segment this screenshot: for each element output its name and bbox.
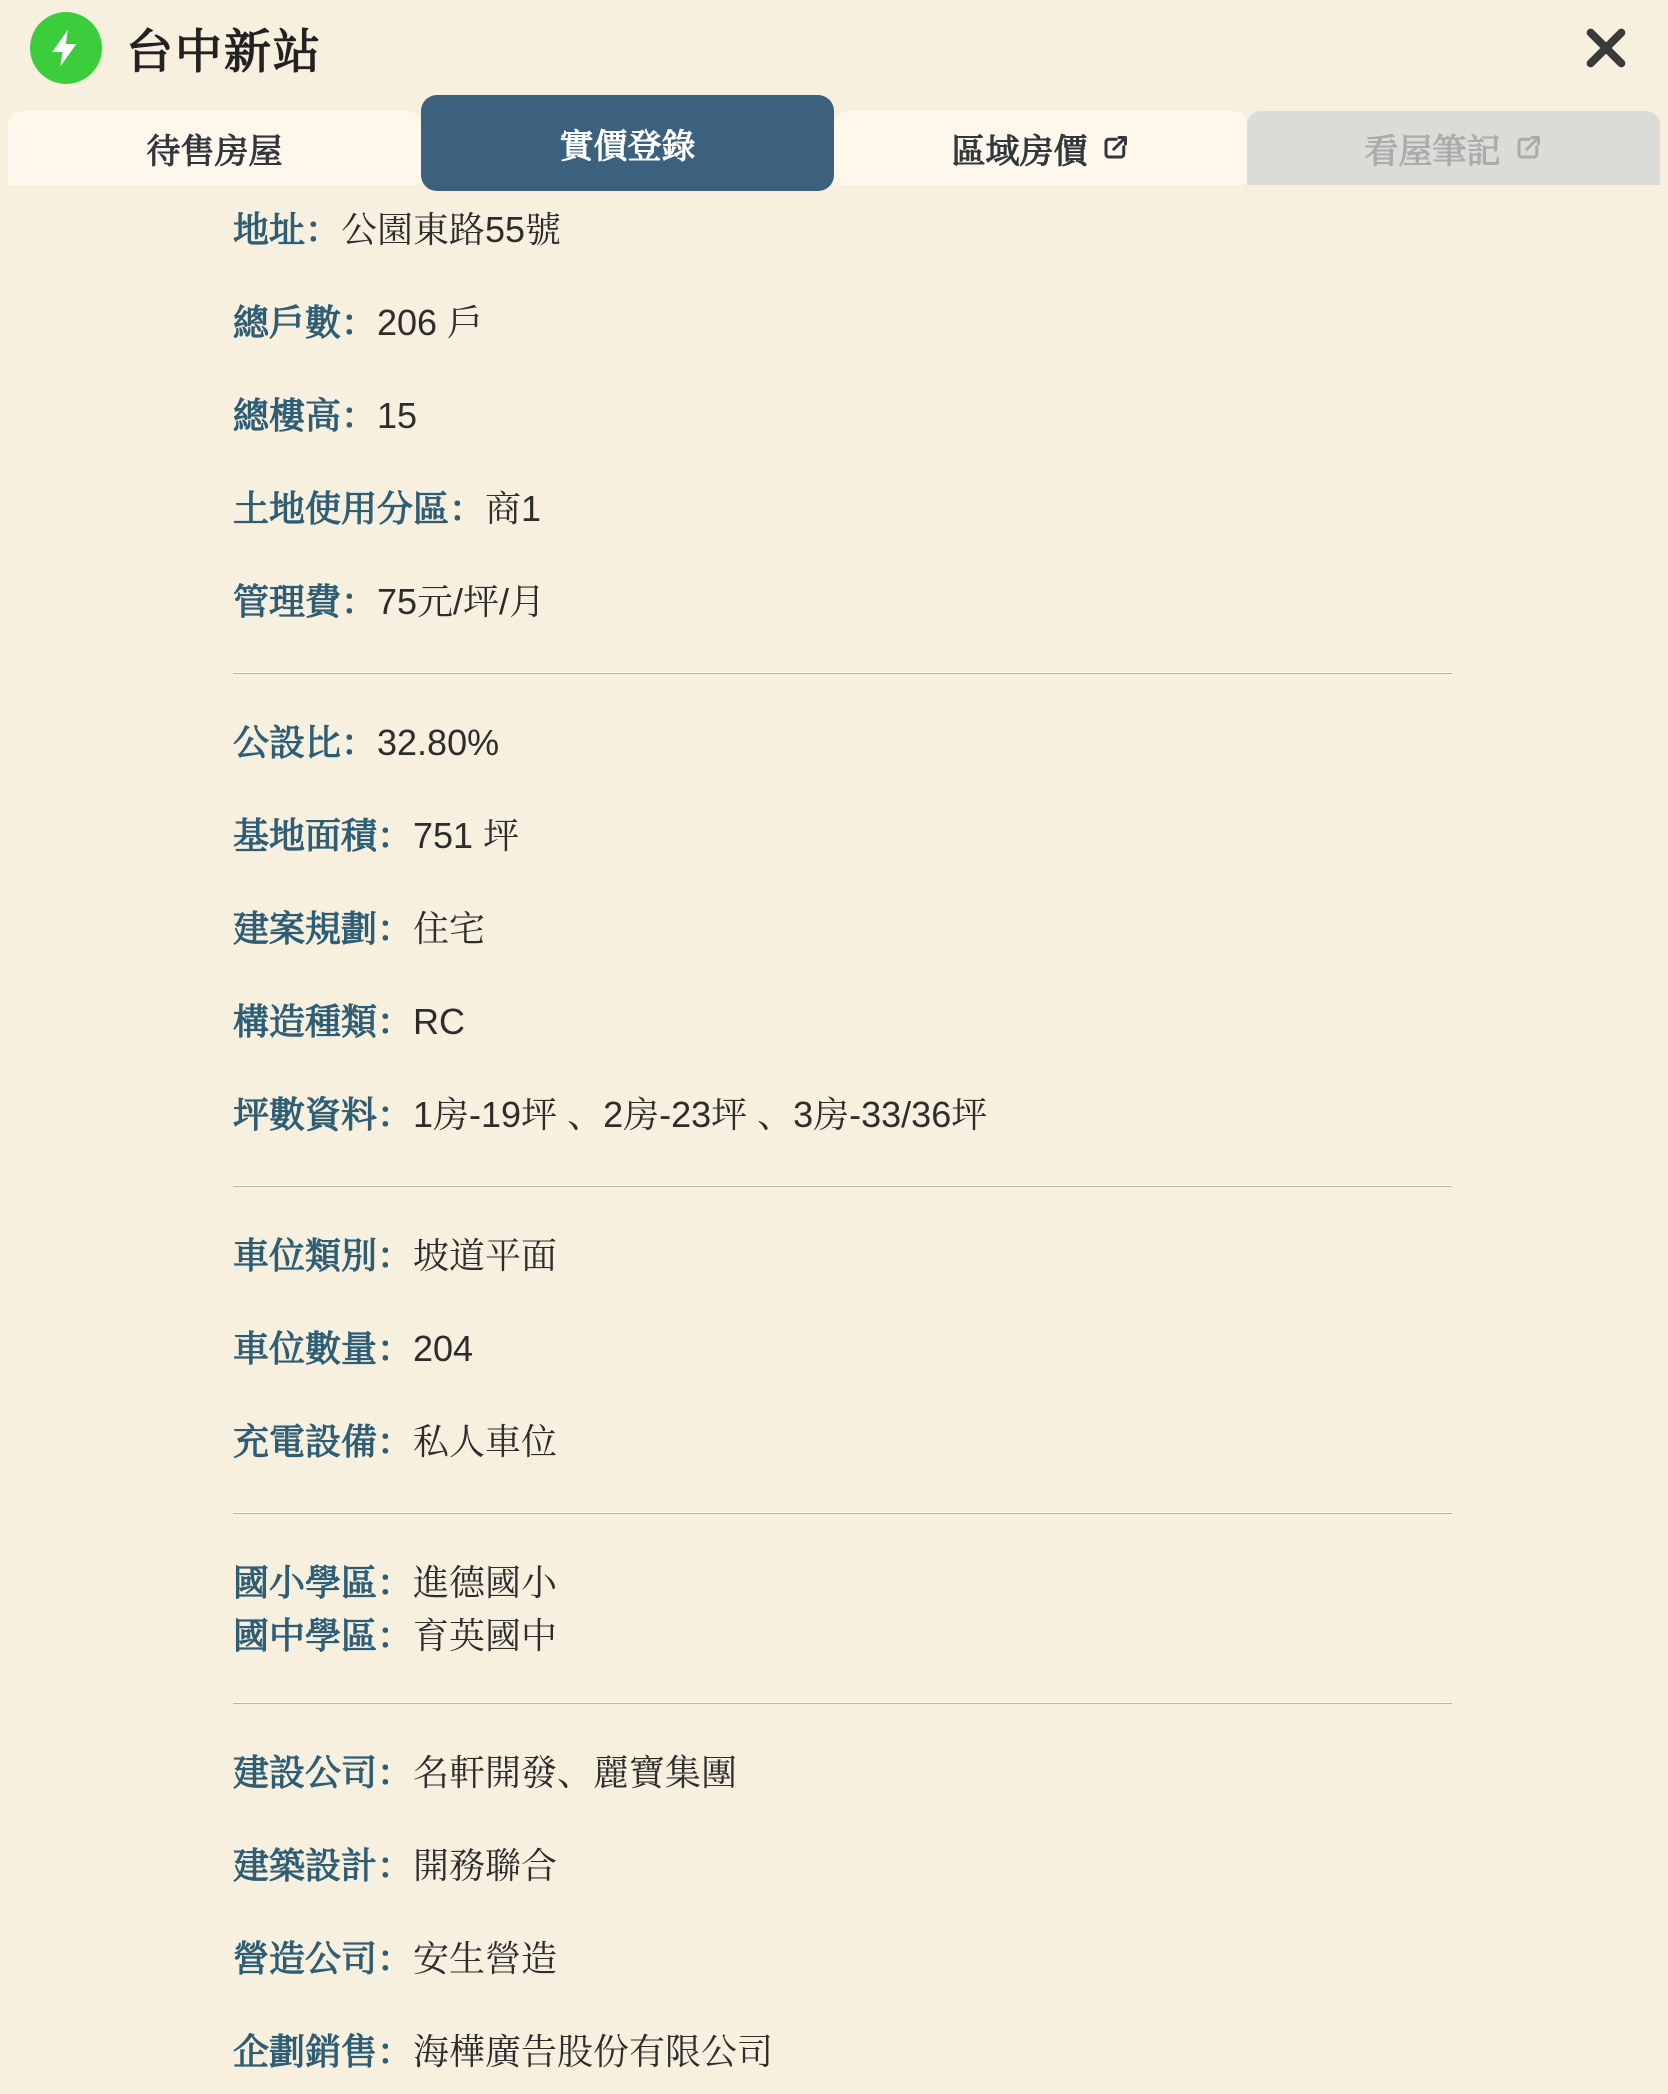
field-label: 公設比：: [233, 722, 377, 763]
lightning-icon: [30, 12, 102, 84]
field-label: 坪數資料：: [233, 1094, 413, 1135]
field-label: 企劃銷售：: [233, 2031, 413, 2072]
tab-for-sale[interactable]: 待售房屋: [8, 111, 421, 185]
section-divider: [233, 1702, 1452, 1704]
info-section: 國小學區：進德國小國中學區：育英國中: [233, 1560, 1452, 1658]
field-label: 基地面積：: [233, 815, 413, 856]
info-row: 建設公司：名軒開發、麗寶集團: [233, 1750, 1452, 1795]
field-value: 32.80%: [377, 722, 499, 763]
field-value: 育英國中: [413, 1615, 557, 1656]
tab-viewing-notes[interactable]: 看屋筆記: [1247, 111, 1660, 185]
field-value: 751 坪: [413, 815, 519, 856]
info-row: 建築設計：開務聯合: [233, 1843, 1452, 1888]
info-section: 公設比：32.80%基地面積：751 坪建案規劃：住宅構造種類：RC坪數資料：1…: [233, 720, 1452, 1137]
info-section: 車位類別：坡道平面車位數量：204充電設備：私人車位: [233, 1233, 1452, 1464]
info-row: 車位數量：204: [233, 1326, 1452, 1371]
modal-header: 台中新站: [0, 0, 1668, 96]
close-button[interactable]: [1574, 16, 1638, 80]
tab-actual-price[interactable]: 實價登錄: [421, 95, 834, 191]
field-value: 206 戶: [377, 302, 483, 343]
details-panel: 地址：公園東路55號總戶數：206 戶總樓高：15土地使用分區：商1管理費：75…: [0, 185, 1668, 2074]
tab-area-prices[interactable]: 區域房價: [834, 111, 1247, 185]
field-label: 總樓高：: [233, 395, 377, 436]
field-value: RC: [413, 1001, 465, 1042]
field-label: 國小學區：: [233, 1562, 413, 1603]
field-label: 國中學區：: [233, 1615, 413, 1656]
field-value: 海樺廣告股份有限公司: [413, 2031, 773, 2072]
field-value: 1房-19坪 、2房-23坪 、3房-33/36坪: [413, 1094, 987, 1135]
info-row: 坪數資料：1房-19坪 、2房-23坪 、3房-33/36坪: [233, 1092, 1452, 1137]
field-label: 管理費：: [233, 581, 377, 622]
field-label: 土地使用分區：: [233, 488, 485, 529]
info-row: 國小學區：進德國小: [233, 1560, 1452, 1605]
info-section: 建設公司：名軒開發、麗寶集團建築設計：開務聯合營造公司：安生營造企劃銷售：海樺廣…: [233, 1750, 1452, 2074]
field-value: 私人車位: [413, 1421, 557, 1462]
info-row: 營造公司：安生營造: [233, 1936, 1452, 1981]
info-row: 車位類別：坡道平面: [233, 1233, 1452, 1278]
field-value: 商1: [485, 488, 541, 529]
info-row: 管理費：75元/坪/月: [233, 579, 1452, 624]
external-link-icon: [1513, 133, 1543, 163]
info-row: 土地使用分區：商1: [233, 486, 1452, 531]
section-divider: [233, 1185, 1452, 1187]
info-row: 構造種類：RC: [233, 999, 1452, 1044]
field-label: 車位數量：: [233, 1328, 413, 1369]
info-row: 公設比：32.80%: [233, 720, 1452, 765]
close-icon: [1583, 25, 1629, 71]
info-row: 地址：公園東路55號: [233, 207, 1452, 252]
info-row: 建案規劃：住宅: [233, 906, 1452, 951]
external-link-icon: [1100, 133, 1130, 163]
field-label: 充電設備：: [233, 1421, 413, 1462]
field-value: 75元/坪/月: [377, 581, 545, 622]
tab-bar: 待售房屋 實價登錄 區域房價 看屋筆記: [8, 111, 1660, 185]
field-label: 建築設計：: [233, 1845, 413, 1886]
field-value: 住宅: [413, 908, 485, 949]
field-value: 15: [377, 395, 417, 436]
field-value: 進德國小: [413, 1562, 557, 1603]
info-row: 總樓高：15: [233, 393, 1452, 438]
field-label: 營造公司：: [233, 1938, 413, 1979]
field-value: 公園東路55號: [341, 209, 561, 250]
info-row: 企劃銷售：海樺廣告股份有限公司: [233, 2029, 1452, 2074]
info-row: 基地面積：751 坪: [233, 813, 1452, 858]
field-value: 安生營造: [413, 1938, 557, 1979]
tab-label: 看屋筆記: [1365, 124, 1501, 173]
section-divider: [233, 1512, 1452, 1514]
field-value: 開務聯合: [413, 1845, 557, 1886]
info-row: 國中學區：育英國中: [233, 1613, 1452, 1658]
field-label: 建案規劃：: [233, 908, 413, 949]
field-label: 地址：: [233, 209, 341, 250]
field-label: 車位類別：: [233, 1235, 413, 1276]
info-row: 總戶數：206 戶: [233, 300, 1452, 345]
field-value: 名軒開發、麗寶集團: [413, 1752, 737, 1793]
tab-label: 區域房價: [952, 124, 1088, 173]
info-row: 充電設備：私人車位: [233, 1419, 1452, 1464]
field-label: 總戶數：: [233, 302, 377, 343]
page-title: 台中新站: [126, 15, 322, 82]
field-value: 坡道平面: [413, 1235, 557, 1276]
field-label: 建設公司：: [233, 1752, 413, 1793]
field-value: 204: [413, 1328, 473, 1369]
field-label: 構造種類：: [233, 1001, 413, 1042]
tab-label: 實價登錄: [560, 119, 696, 168]
info-section: 地址：公園東路55號總戶數：206 戶總樓高：15土地使用分區：商1管理費：75…: [233, 207, 1452, 624]
tab-label: 待售房屋: [147, 124, 283, 173]
section-divider: [233, 672, 1452, 674]
